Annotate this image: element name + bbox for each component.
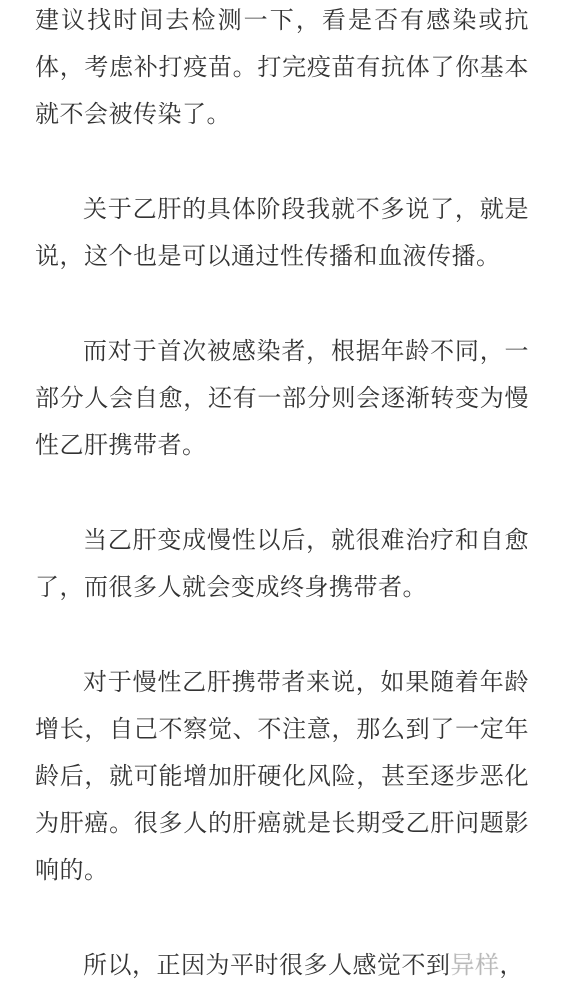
text-line: 说，这个也是可以通过性传播和血液传播。 bbox=[35, 233, 529, 280]
text-line: 龄后，就可能增加肝硬化风险，甚至逐步恶化 bbox=[35, 753, 529, 800]
paragraph-chronic: 当乙肝变成慢性以后，就很难治疗和自愈 了，而很多人就会变成终身携带者。 bbox=[35, 517, 529, 611]
text-line: 而对于首次被感染者，根据年龄不同，一 bbox=[35, 328, 529, 375]
article-body: 建议找时间去检测一下，看是否有感染或抗 体，考虑补打疫苗。打完疫苗有抗体了你基本… bbox=[35, 0, 529, 983]
text-line: 建议找时间去检测一下，看是否有感染或抗 bbox=[35, 0, 529, 44]
text-segment: 所以，正因为平时很多人感觉不到 bbox=[83, 952, 451, 979]
text-line: 对于慢性乙肝携带者来说，如果随着年龄 bbox=[35, 659, 529, 706]
text-line: 响的。 bbox=[35, 847, 529, 894]
text-segment-faded: 异样 bbox=[451, 952, 500, 979]
paragraph-carrier-risk: 对于慢性乙肝携带者来说，如果随着年龄 增长，自己不察觉、不注意，那么到了一定年 … bbox=[35, 659, 529, 894]
text-line: 当乙肝变成慢性以后，就很难治疗和自愈 bbox=[35, 517, 529, 564]
text-line: 部分人会自愈，还有一部分则会逐渐转变为慢 bbox=[35, 375, 529, 422]
text-line: 所以，正因为平时很多人感觉不到异样， bbox=[35, 942, 529, 983]
text-line: 了，而很多人就会变成终身携带者。 bbox=[35, 564, 529, 611]
text-line: 体，考虑补打疫苗。打完疫苗有抗体了你基本 bbox=[35, 44, 529, 91]
text-line: 增长，自己不察觉、不注意，那么到了一定年 bbox=[35, 706, 529, 753]
text-line: 就不会被传染了。 bbox=[35, 91, 529, 138]
paragraph-vaccine-advice: 建议找时间去检测一下，看是否有感染或抗 体，考虑补打疫苗。打完疫苗有抗体了你基本… bbox=[35, 0, 529, 138]
paragraph-hbv-stages: 关于乙肝的具体阶段我就不多说了，就是 说，这个也是可以通过性传播和血液传播。 bbox=[35, 186, 529, 280]
text-line: 为肝癌。很多人的肝癌就是长期受乙肝问题影 bbox=[35, 800, 529, 847]
text-line: 性乙肝携带者。 bbox=[35, 422, 529, 469]
text-line: 关于乙肝的具体阶段我就不多说了，就是 bbox=[35, 186, 529, 233]
paragraph-conclusion: 所以，正因为平时很多人感觉不到异样， bbox=[35, 942, 529, 983]
paragraph-first-infection: 而对于首次被感染者，根据年龄不同，一 部分人会自愈，还有一部分则会逐渐转变为慢 … bbox=[35, 328, 529, 469]
text-segment: ， bbox=[500, 952, 525, 979]
